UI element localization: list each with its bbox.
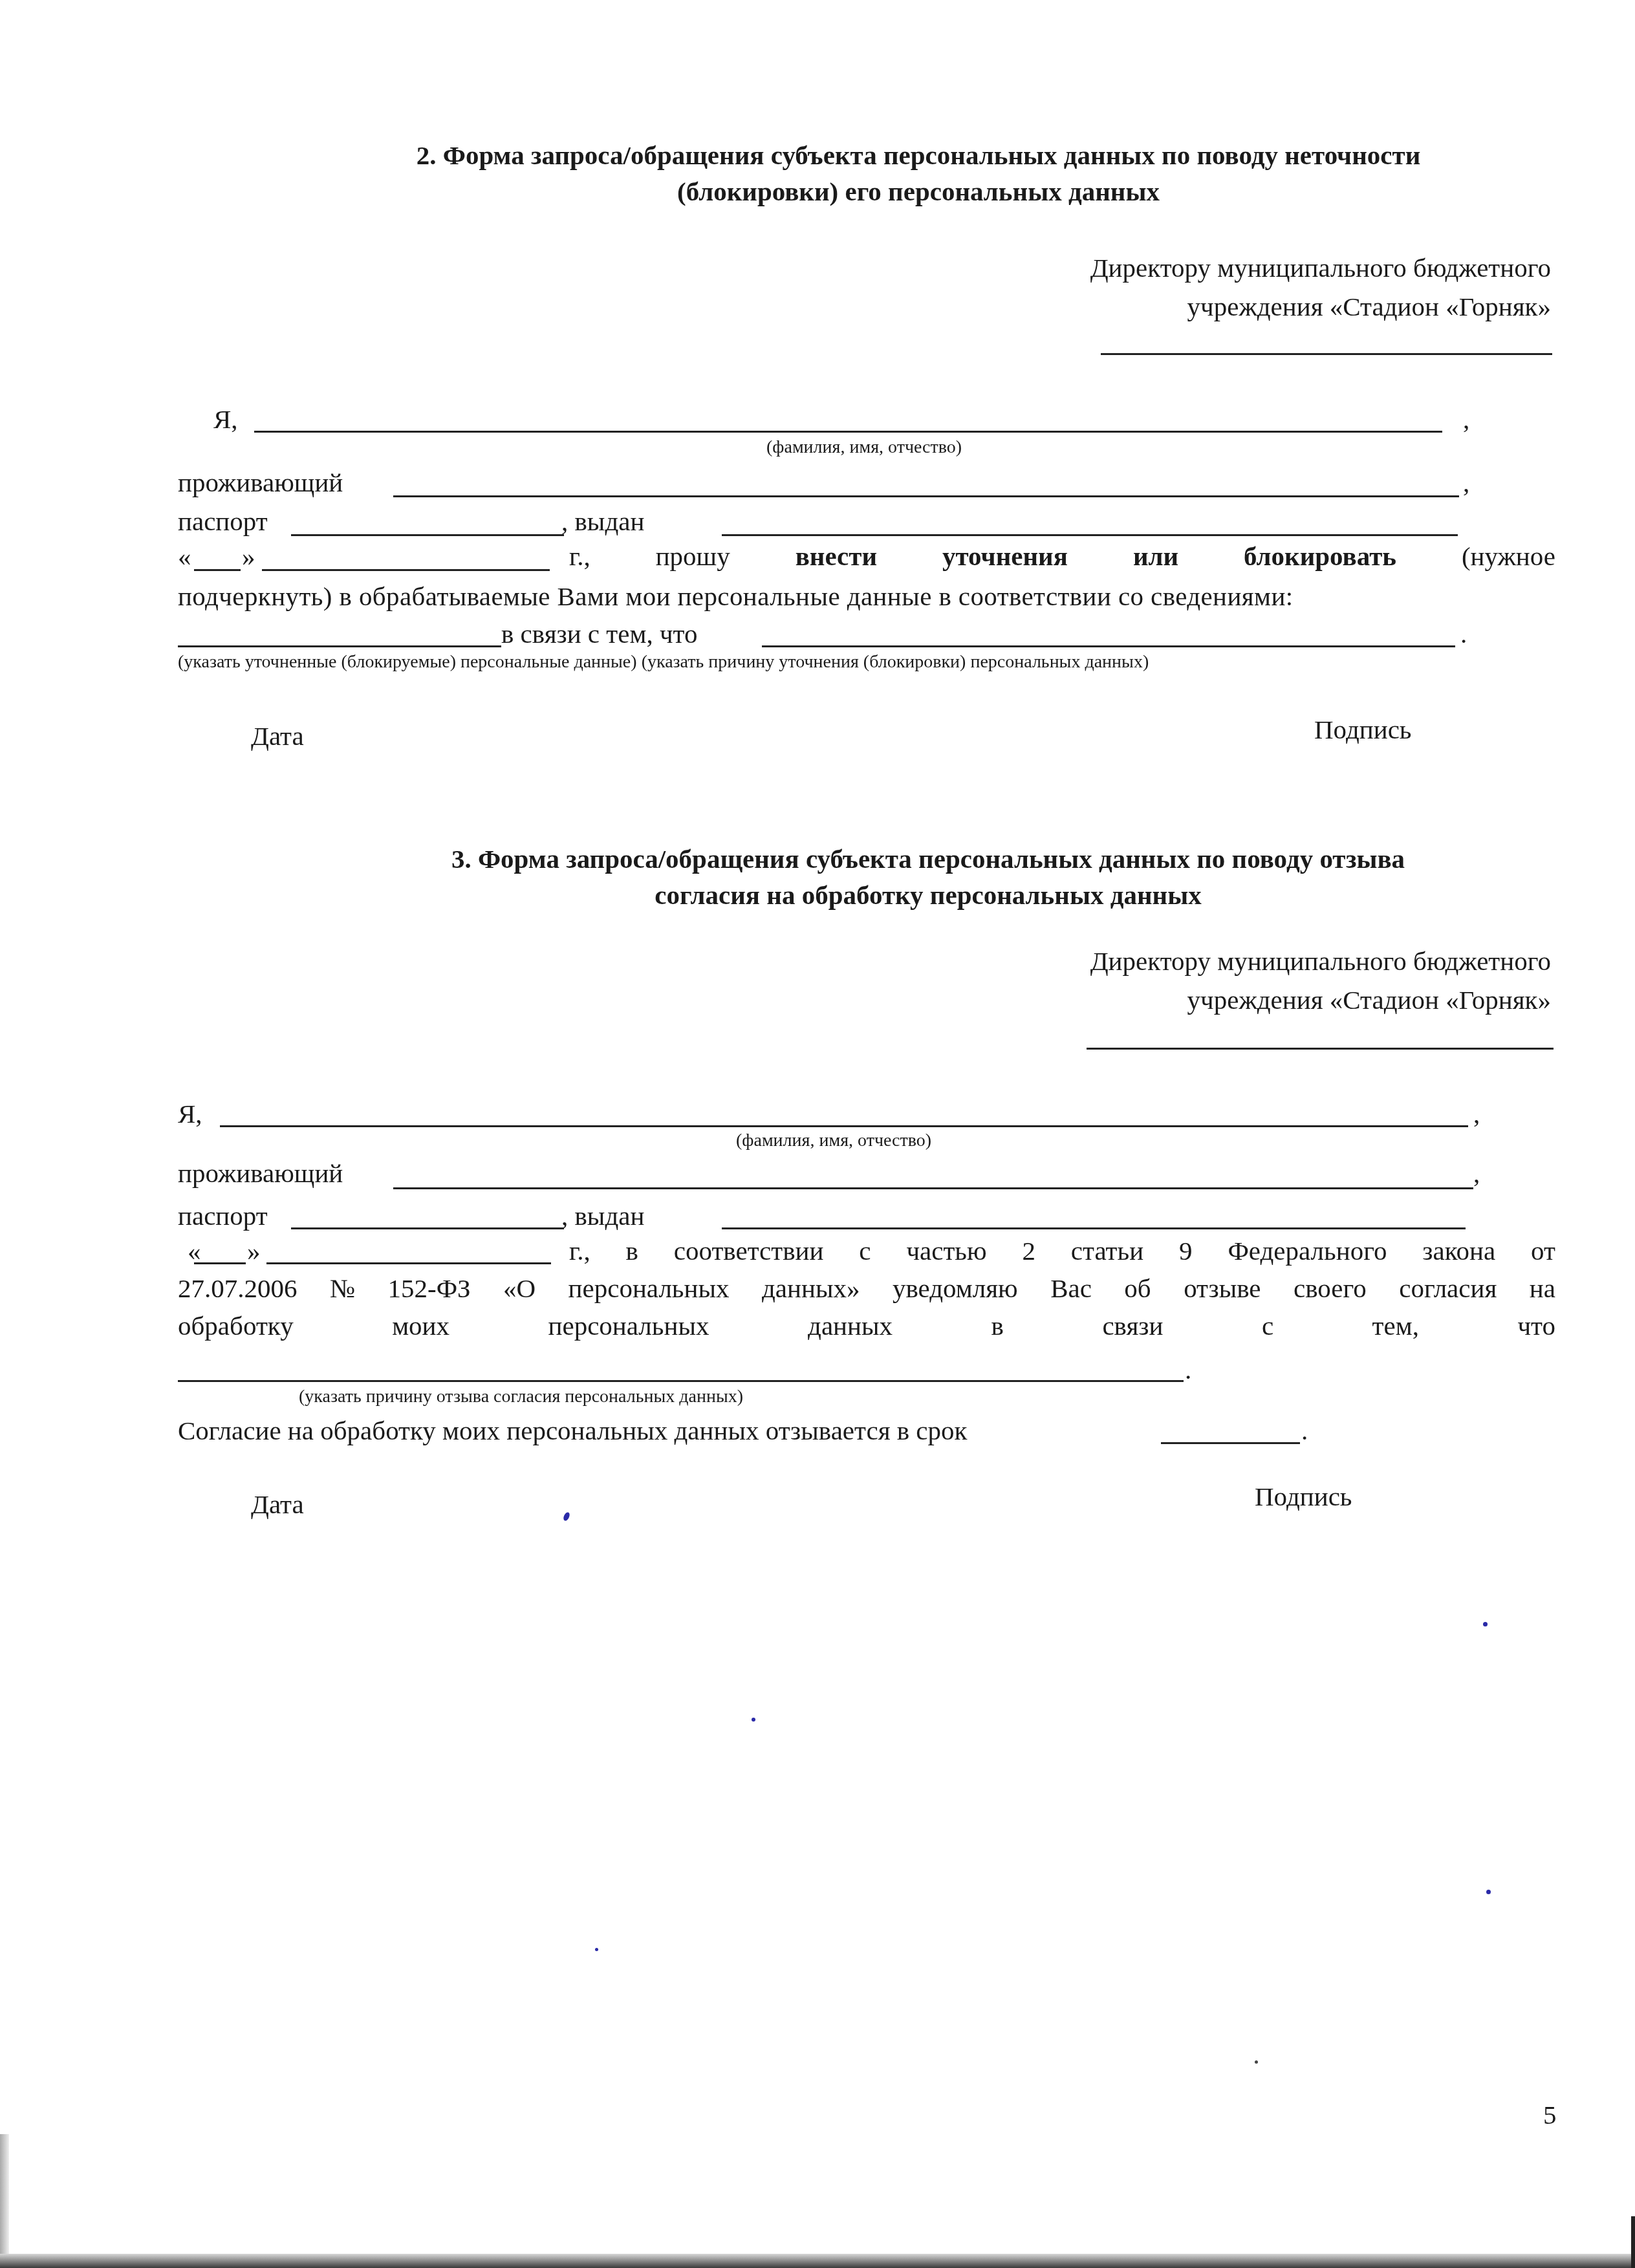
section2-passport-label: паспорт	[178, 506, 268, 537]
word: тем,	[1372, 1310, 1419, 1341]
section3-fio-field[interactable]	[220, 1125, 1468, 1127]
period: .	[1301, 1415, 1308, 1446]
word: на	[1530, 1273, 1555, 1304]
word: 2	[1023, 1235, 1036, 1266]
bold-word: блокировать	[1244, 541, 1396, 572]
word: что	[1517, 1310, 1555, 1341]
scan-edge-right	[1631, 2216, 1635, 2268]
word: «О	[503, 1273, 536, 1304]
section2-living-label: проживающий	[178, 467, 343, 498]
scan-edge-bottom	[0, 2254, 1635, 2268]
section2-fio-hint: (фамилия, имя, отчество)	[766, 437, 962, 458]
addressee-line1: Директору муниципального бюджетного	[1090, 248, 1551, 287]
quote-close: »	[247, 1235, 261, 1266]
ink-speck	[1255, 2060, 1258, 2064]
word: 27.07.2006	[178, 1273, 298, 1304]
addressee-line2: учреждения «Стадион «Горняк»	[1090, 287, 1551, 326]
period: .	[1460, 618, 1467, 649]
word: соответствии	[674, 1235, 824, 1266]
section2-issued-field[interactable]	[722, 534, 1458, 536]
word: с	[1262, 1310, 1273, 1341]
section2-address-field[interactable]	[393, 495, 1459, 497]
section2-fio-field[interactable]	[254, 431, 1442, 433]
section3-living-label: проживающий	[178, 1158, 343, 1189]
section2-title-line1: 2. Форма запроса/обращения субъекта перс…	[285, 137, 1552, 173]
section3-reason-hint: (указать причину отзыва согласия персона…	[299, 1387, 743, 1407]
word: уведомляю	[893, 1273, 1018, 1304]
word: об	[1124, 1273, 1151, 1304]
section3-date-label: Дата	[251, 1489, 304, 1520]
ink-speck	[1486, 1890, 1491, 1894]
bold-word: внести	[796, 541, 877, 572]
section2-month-year-field[interactable]	[262, 569, 550, 571]
section3-term-field[interactable]	[1161, 1442, 1300, 1444]
word: 152-ФЗ	[388, 1273, 471, 1304]
word: Вас	[1050, 1273, 1092, 1304]
addressee-line1: Директору муниципального бюджетного	[1090, 942, 1551, 980]
comma: ,	[1463, 467, 1469, 498]
section3-law-line3: обработку моих персональных данных в свя…	[178, 1310, 1555, 1341]
word: от	[1531, 1235, 1555, 1266]
word: частью	[906, 1235, 986, 1266]
page-number: 5	[1543, 2099, 1557, 2130]
word: Федерального	[1228, 1235, 1387, 1266]
section2-because-label: в связи с тем, что	[501, 618, 697, 649]
section3-address-field[interactable]	[393, 1187, 1473, 1189]
word: в	[626, 1235, 638, 1266]
section2-addressee-blank[interactable]	[1101, 353, 1552, 355]
bold-word: или	[1133, 541, 1178, 572]
word: персональных	[548, 1310, 709, 1341]
word: обработку	[178, 1310, 294, 1341]
section3-title-line1: 3. Форма запроса/обращения субъекта перс…	[323, 841, 1533, 877]
word: в	[991, 1310, 1004, 1341]
section2-signature-label: Подпись	[1314, 714, 1412, 745]
section2-data-hint: (указать уточненные (блокируемые) персон…	[178, 652, 1149, 673]
comma: ,	[1463, 404, 1469, 435]
quote-close: »	[242, 541, 255, 572]
section3-consent-term: Согласие на обработку моих персональных …	[178, 1415, 968, 1446]
section2-issued-label: , выдан	[561, 506, 644, 537]
section2-line-underline-request: подчеркнуть) в обрабатываемые Вами мои п…	[178, 581, 1294, 612]
section3-fio-hint: (фамилия, имя, отчество)	[736, 1130, 931, 1151]
section2-title-line2: (блокировки) его персональных данных	[285, 173, 1552, 210]
word: 9	[1179, 1235, 1193, 1266]
section3-title: 3. Форма запроса/обращения субъекта перс…	[323, 841, 1533, 913]
ink-speck	[562, 1511, 570, 1522]
word: согласия	[1399, 1273, 1497, 1304]
section3-issued-label: , выдан	[561, 1200, 644, 1231]
section3-signature-label: Подпись	[1255, 1481, 1352, 1512]
addressee-line2: учреждения «Стадион «Горняк»	[1090, 980, 1551, 1019]
word: данных	[808, 1310, 893, 1341]
section3-issued-field[interactable]	[722, 1227, 1466, 1229]
section2-addressee: Директору муниципального бюджетного учре…	[1090, 248, 1551, 326]
section2-data-field[interactable]	[178, 645, 501, 647]
section2-reason-field[interactable]	[762, 645, 1455, 647]
section3-passport-field[interactable]	[291, 1227, 564, 1229]
word: закона	[1422, 1235, 1495, 1266]
section2-passport-field[interactable]	[291, 534, 564, 536]
word: с	[859, 1235, 871, 1266]
year-suffix: г.,	[569, 1235, 590, 1266]
period: .	[1185, 1354, 1191, 1385]
section2-date-label: Дата	[251, 720, 304, 751]
ink-speck	[1483, 1622, 1488, 1626]
section3-addressee: Директору муниципального бюджетного учре…	[1090, 942, 1551, 1019]
ink-speck	[595, 1948, 598, 1951]
word: моих	[392, 1310, 449, 1341]
bold-word: уточнения	[942, 541, 1068, 572]
ink-speck	[752, 1718, 755, 1722]
word: своего	[1294, 1273, 1367, 1304]
section3-addressee-blank[interactable]	[1087, 1048, 1554, 1050]
comma: ,	[1473, 1158, 1480, 1189]
section2-request-line: г., прошу внести уточнения или блокирова…	[569, 541, 1555, 572]
section3-passport-label: паспорт	[178, 1200, 268, 1231]
section3-reason-field[interactable]	[178, 1380, 1184, 1382]
section2-ya-label: Я,	[213, 404, 238, 435]
section3-law-line1: г., в соответствии с частью 2 статьи 9 Ф…	[569, 1235, 1555, 1266]
year-suffix: г.,	[569, 541, 590, 572]
word: статьи	[1071, 1235, 1143, 1266]
word: отзыве	[1184, 1273, 1261, 1304]
quote-open: «	[178, 541, 191, 572]
section2-day-field[interactable]	[194, 569, 241, 571]
section3-month-year-field[interactable]	[266, 1262, 551, 1264]
section2-title: 2. Форма запроса/обращения субъекта перс…	[285, 137, 1552, 210]
scan-edge-left	[0, 2134, 9, 2268]
section3-law-line2: 27.07.2006 № 152-ФЗ «О персональных данн…	[178, 1273, 1555, 1304]
comma: ,	[1473, 1098, 1480, 1129]
word: связи	[1102, 1310, 1163, 1341]
word: персональных	[568, 1273, 730, 1304]
quote-open: «	[188, 1235, 201, 1266]
word: прошу	[656, 541, 730, 572]
word: №	[330, 1273, 355, 1304]
word: (нужное	[1462, 541, 1555, 572]
section3-title-line2: согласия на обработку персональных данны…	[323, 877, 1533, 913]
section3-ya-label: Я,	[178, 1098, 202, 1129]
word: данных»	[762, 1273, 860, 1304]
section3-day-field[interactable]	[194, 1262, 246, 1264]
